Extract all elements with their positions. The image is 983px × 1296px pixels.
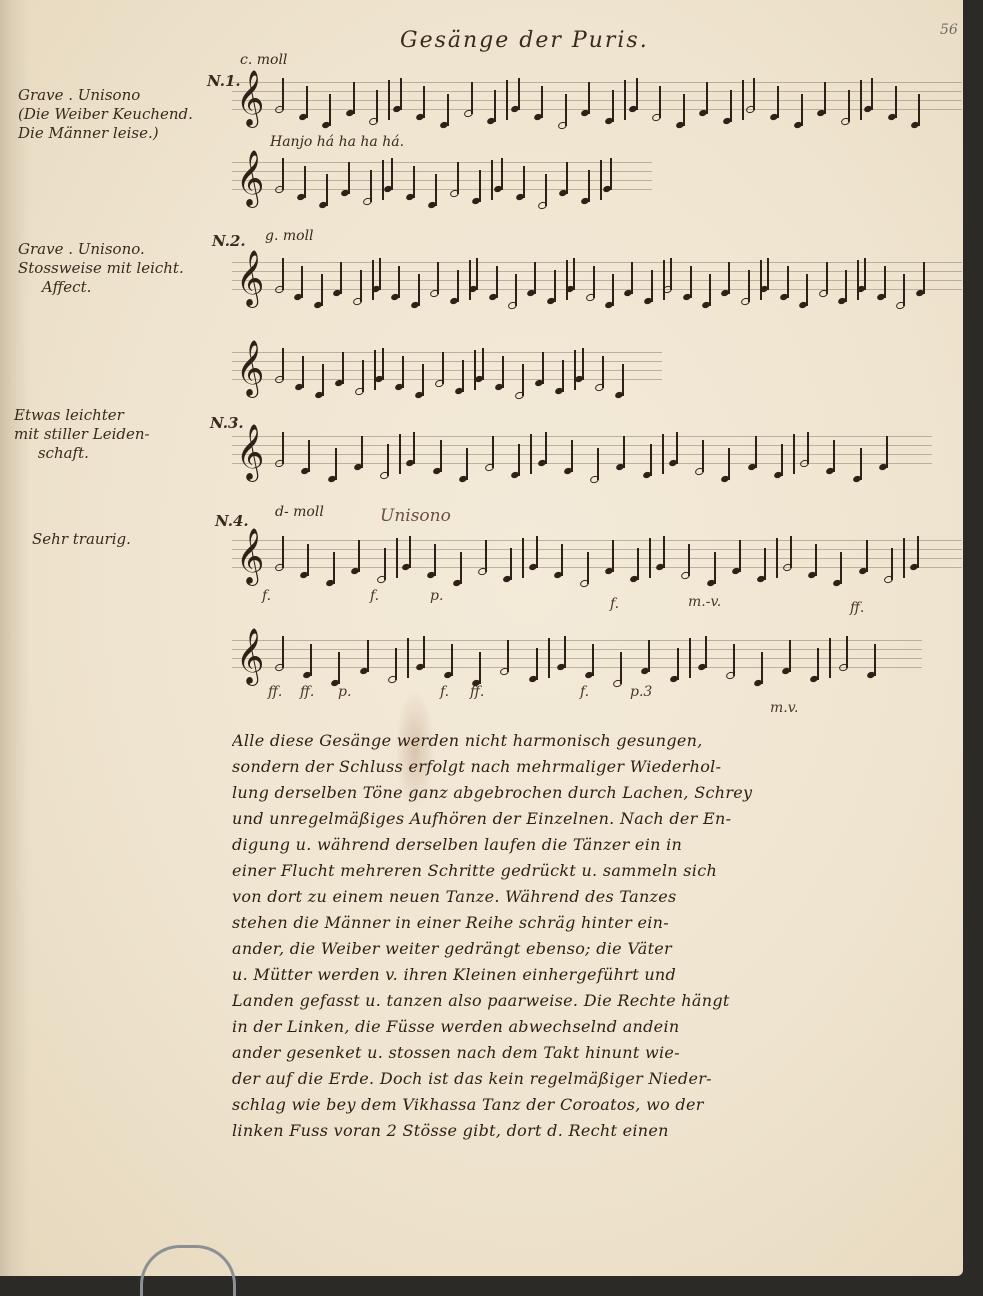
- note-stem: [457, 270, 459, 302]
- note-head: [293, 293, 303, 301]
- note-stem: [866, 540, 868, 572]
- dynamic-mark: ff.: [850, 600, 864, 616]
- note-head: [580, 197, 590, 205]
- bar-line: [689, 638, 691, 678]
- bar-line: [776, 538, 778, 578]
- dynamic-mark: m.-v.: [688, 594, 721, 610]
- note-head: [368, 117, 379, 127]
- prose-line: digung u. während derselben laufen die T…: [232, 832, 972, 858]
- note-head: [798, 301, 808, 309]
- tempo-annotation-3: Etwas leichter mit stiller Leiden- schaf…: [14, 406, 150, 463]
- note-head: [390, 293, 400, 301]
- note-head: [443, 671, 453, 679]
- note-stem: [479, 652, 481, 684]
- note-stem: [518, 78, 520, 110]
- note-head: [720, 475, 730, 483]
- note-head: [510, 471, 520, 479]
- dynamic-mark: m.v.: [770, 700, 798, 716]
- dynamic-mark: p.3: [630, 684, 652, 700]
- note-stem: [767, 258, 769, 290]
- lyrics-1: Hanjo há ha ha há.: [270, 134, 404, 150]
- note-stem: [709, 274, 711, 306]
- note-head: [604, 301, 614, 309]
- note-stem: [542, 352, 544, 384]
- staff-1a: [232, 82, 962, 118]
- note-stem: [326, 174, 328, 206]
- note-head: [910, 121, 920, 129]
- prose-line: ander gesenket u. stossen nach dem Takt …: [232, 1040, 972, 1066]
- bar-line: [382, 160, 384, 200]
- note-stem: [918, 94, 920, 126]
- bar-line: [469, 260, 471, 300]
- bar-line: [522, 538, 524, 578]
- prose-line: einer Flucht mehreren Schritte gedrückt …: [232, 858, 972, 884]
- prose-line: linken Fuss voran 2 Stösse gibt, dort d.…: [232, 1118, 972, 1144]
- note-stem: [545, 432, 547, 464]
- note-head: [354, 387, 365, 397]
- key-signature-2: g. moll: [265, 228, 314, 244]
- note-head: [553, 571, 563, 579]
- note-stem: [329, 94, 331, 126]
- note-head: [410, 301, 420, 309]
- manuscript-page: Gesänge der Puris. 56 Grave . Unisono (D…: [0, 0, 963, 1276]
- note-stem: [706, 82, 708, 114]
- bar-line: [574, 350, 576, 390]
- bar-line: [742, 80, 744, 120]
- bar-line: [396, 538, 398, 578]
- staff-4a: [232, 540, 962, 576]
- note-head: [612, 679, 623, 689]
- note-stem: [561, 544, 563, 576]
- note-stem: [781, 444, 783, 476]
- dynamic-mark: f.: [262, 588, 271, 604]
- note-stem: [860, 448, 862, 480]
- note-stem: [333, 552, 335, 584]
- prose-line: stehen die Männer in einer Reihe schräg …: [232, 910, 972, 936]
- note-head: [629, 575, 639, 583]
- note-stem: [335, 448, 337, 480]
- note-stem: [651, 270, 653, 302]
- note-stem: [304, 166, 306, 198]
- note-stem: [631, 262, 633, 294]
- note-stem: [761, 652, 763, 684]
- note-stem: [379, 258, 381, 290]
- note-stem: [817, 648, 819, 680]
- note-head: [585, 293, 596, 303]
- note-head: [701, 301, 711, 309]
- note-stem: [476, 258, 478, 290]
- bar-line: [600, 160, 602, 200]
- note-head: [298, 113, 308, 121]
- binding-gutter: [0, 0, 30, 1276]
- treble-clef-icon: 𝄞: [236, 254, 264, 302]
- prose-line: in der Linken, die Füsse werden abwechse…: [232, 1014, 972, 1040]
- note-head: [414, 391, 424, 399]
- note-stem: [460, 552, 462, 584]
- bar-line: [474, 350, 476, 390]
- dynamic-mark: f.: [370, 588, 379, 604]
- note-head: [793, 121, 803, 129]
- note-stem: [612, 540, 614, 572]
- note-head: [779, 293, 789, 301]
- note-stem: [728, 448, 730, 480]
- note-head: [852, 475, 862, 483]
- note-stem: [321, 274, 323, 306]
- piece-number-2: N.2.: [212, 232, 246, 250]
- note-stem: [789, 640, 791, 672]
- note-head: [352, 297, 363, 307]
- note-head: [533, 113, 543, 121]
- note-head: [837, 297, 847, 305]
- note-stem: [845, 270, 847, 302]
- note-head: [680, 571, 691, 581]
- note-stem: [534, 262, 536, 294]
- note-stem: [582, 348, 584, 380]
- treble-clef-icon: 𝄞: [236, 74, 264, 122]
- note-stem: [447, 94, 449, 126]
- note-head: [452, 579, 462, 587]
- note-head: [722, 117, 732, 125]
- note-stem: [566, 162, 568, 194]
- note-stem: [348, 162, 350, 194]
- note-stem: [637, 548, 639, 580]
- note-head: [579, 579, 590, 589]
- note-stem: [917, 536, 919, 568]
- note-head: [651, 113, 662, 123]
- note-head: [840, 117, 851, 127]
- bar-line: [857, 260, 859, 300]
- note-head: [427, 201, 437, 209]
- dynamic-mark: p.: [430, 588, 443, 604]
- note-head: [471, 197, 481, 205]
- note-stem: [501, 158, 503, 190]
- prose-line: und unregelmäßiges Aufhören der Einzelne…: [232, 806, 972, 832]
- note-stem: [562, 360, 564, 392]
- dynamic-mark: ff.: [268, 684, 282, 700]
- note-stem: [494, 90, 496, 122]
- note-stem: [462, 360, 464, 392]
- note-stem: [886, 436, 888, 468]
- note-head: [769, 113, 779, 121]
- note-stem: [301, 266, 303, 298]
- note-head: [379, 471, 390, 481]
- note-head: [682, 293, 692, 301]
- note-stem: [755, 436, 757, 468]
- note-stem: [358, 540, 360, 572]
- note-stem: [536, 536, 538, 568]
- note-stem: [676, 432, 678, 464]
- note-head: [488, 293, 498, 301]
- note-head: [507, 301, 518, 311]
- prose-line: Alle diese Gesänge werden nicht harmonis…: [232, 728, 972, 754]
- bar-line: [374, 350, 376, 390]
- bar-line: [662, 434, 664, 474]
- note-stem: [564, 636, 566, 668]
- note-stem: [340, 262, 342, 294]
- note-head: [740, 297, 751, 307]
- note-stem: [536, 648, 538, 680]
- unisono-mark: Unisono: [380, 506, 451, 526]
- note-stem: [650, 444, 652, 476]
- prose-text: Alle diese Gesänge werden nicht harmonis…: [232, 728, 972, 1144]
- note-head: [362, 197, 373, 207]
- note-stem: [612, 274, 614, 306]
- bar-line: [491, 160, 493, 200]
- note-stem: [714, 552, 716, 584]
- note-stem: [402, 356, 404, 388]
- treble-clef-icon: 𝄞: [236, 428, 264, 476]
- note-stem: [413, 432, 415, 464]
- note-stem: [518, 444, 520, 476]
- note-head: [809, 675, 819, 683]
- note-head: [554, 387, 564, 395]
- note-head: [528, 675, 538, 683]
- note-head: [458, 475, 468, 483]
- note-stem: [398, 266, 400, 298]
- note-stem: [306, 86, 308, 118]
- treble-clef-icon: 𝄞: [236, 532, 264, 580]
- note-stem: [466, 448, 468, 480]
- bar-line: [407, 638, 409, 678]
- note-stem: [342, 352, 344, 384]
- note-head: [557, 121, 568, 131]
- note-stem: [592, 644, 594, 676]
- note-head: [669, 675, 679, 683]
- note-stem: [502, 356, 504, 388]
- tempo-annotation-1: Grave . Unisono (Die Weiber Keuchend. Di…: [18, 86, 193, 143]
- dynamic-mark: p.: [338, 684, 351, 700]
- note-head: [614, 391, 624, 399]
- note-head: [296, 193, 306, 201]
- dynamic-mark: f.: [610, 596, 619, 612]
- note-stem: [571, 440, 573, 472]
- note-stem: [434, 544, 436, 576]
- note-stem: [308, 440, 310, 472]
- note-head: [756, 575, 766, 583]
- note-head: [832, 579, 842, 587]
- note-head: [694, 467, 705, 477]
- note-head: [537, 201, 548, 211]
- note-stem: [840, 552, 842, 584]
- note-head: [725, 671, 736, 681]
- note-head: [394, 383, 404, 391]
- note-stem: [895, 86, 897, 118]
- note-stem: [413, 166, 415, 198]
- note-head: [313, 301, 323, 309]
- note-stem: [764, 548, 766, 580]
- note-head: [426, 571, 436, 579]
- prose-line: der auf die Erde. Doch ist das kein rege…: [232, 1066, 972, 1092]
- dynamic-mark: ff.: [470, 684, 484, 700]
- note-head: [300, 467, 310, 475]
- note-stem: [636, 78, 638, 110]
- note-stem: [588, 170, 590, 202]
- bar-line: [649, 538, 651, 578]
- note-head: [883, 575, 894, 585]
- page-title: Gesänge der Puris.: [400, 28, 649, 53]
- note-head: [314, 391, 324, 399]
- bar-line: [566, 260, 568, 300]
- note-stem: [409, 536, 411, 568]
- note-stem: [423, 636, 425, 668]
- note-head: [325, 579, 335, 587]
- note-head: [642, 471, 652, 479]
- note-stem: [382, 348, 384, 380]
- note-stem: [728, 262, 730, 294]
- note-stem: [623, 436, 625, 468]
- bar-line: [793, 434, 795, 474]
- note-stem: [801, 94, 803, 126]
- bar-line: [530, 434, 532, 474]
- note-head: [604, 117, 614, 125]
- note-stem: [573, 258, 575, 290]
- note-head: [895, 301, 906, 311]
- bar-line: [760, 260, 762, 300]
- prose-line: von dort zu einem neuen Tanze. Während d…: [232, 884, 972, 910]
- note-head: [584, 671, 594, 679]
- note-head: [502, 575, 512, 583]
- note-stem: [353, 82, 355, 114]
- bar-line: [903, 538, 905, 578]
- note-head: [807, 571, 817, 579]
- note-head: [439, 121, 449, 129]
- note-stem: [418, 274, 420, 306]
- note-stem: [815, 544, 817, 576]
- note-stem: [482, 348, 484, 380]
- note-stem: [302, 356, 304, 388]
- note-stem: [690, 266, 692, 298]
- bar-line: [506, 80, 508, 120]
- key-signature-4: d- moll: [275, 504, 324, 520]
- prose-line: lung derselben Töne ganz abgebrochen dur…: [232, 780, 972, 806]
- bar-line: [860, 80, 862, 120]
- note-stem: [824, 82, 826, 114]
- note-head: [773, 471, 783, 479]
- note-stem: [806, 274, 808, 306]
- note-stem: [777, 86, 779, 118]
- bar-line: [548, 638, 550, 678]
- note-stem: [612, 90, 614, 122]
- bar-line: [399, 434, 401, 474]
- note-stem: [307, 544, 309, 576]
- page-number: 56: [940, 22, 958, 38]
- dynamic-mark: f.: [440, 684, 449, 700]
- note-head: [327, 475, 337, 483]
- note-head: [643, 297, 653, 305]
- note-head: [486, 117, 496, 125]
- note-stem: [610, 158, 612, 190]
- note-head: [321, 121, 331, 129]
- note-stem: [739, 540, 741, 572]
- note-head: [675, 121, 685, 129]
- note-stem: [361, 436, 363, 468]
- note-stem: [523, 166, 525, 198]
- note-stem: [871, 78, 873, 110]
- note-stem: [923, 262, 925, 294]
- bar-line: [388, 80, 390, 120]
- note-head: [454, 387, 464, 395]
- note-stem: [423, 86, 425, 118]
- bar-line: [663, 260, 665, 300]
- note-head: [432, 467, 442, 475]
- note-stem: [391, 158, 393, 190]
- note-stem: [787, 266, 789, 298]
- note-stem: [648, 640, 650, 672]
- note-head: [706, 579, 716, 587]
- note-stem: [874, 644, 876, 676]
- note-stem: [496, 266, 498, 298]
- note-head: [594, 383, 605, 393]
- prose-line: Landen gefasst u. tanzen also paarweise.…: [232, 988, 972, 1014]
- bar-line: [624, 80, 626, 120]
- treble-clef-icon: 𝄞: [236, 154, 264, 202]
- note-stem: [730, 90, 732, 122]
- note-stem: [864, 258, 866, 290]
- tempo-annotation-2: Grave . Unisono. Stossweise mit leicht. …: [18, 240, 184, 297]
- prose-line: sondern der Schluss erfolgt nach mehrmal…: [232, 754, 972, 780]
- note-stem: [541, 86, 543, 118]
- note-stem: [677, 648, 679, 680]
- dynamic-mark: ff.: [300, 684, 314, 700]
- note-stem: [884, 266, 886, 298]
- note-head: [299, 571, 309, 579]
- prose-line: schlag wie bey dem Vikhassa Tanz der Cor…: [232, 1092, 972, 1118]
- bar-line: [829, 638, 831, 678]
- note-head: [415, 113, 425, 121]
- prose-line: u. Mütter werden v. ihren Kleinen einher…: [232, 962, 972, 988]
- note-stem: [510, 548, 512, 580]
- note-head: [825, 467, 835, 475]
- note-head: [318, 201, 328, 209]
- note-stem: [400, 78, 402, 110]
- note-head: [887, 113, 897, 121]
- note-head: [546, 297, 556, 305]
- note-stem: [367, 640, 369, 672]
- note-head: [494, 383, 504, 391]
- note-head: [563, 467, 573, 475]
- note-stem: [479, 170, 481, 202]
- note-stem: [310, 644, 312, 676]
- note-stem: [451, 644, 453, 676]
- note-head: [589, 475, 600, 485]
- note-head: [376, 575, 387, 585]
- note-stem: [440, 440, 442, 472]
- tempo-annotation-4: Sehr traurig.: [32, 530, 131, 549]
- note-stem: [663, 536, 665, 568]
- note-head: [753, 679, 763, 687]
- note-stem: [622, 364, 624, 396]
- note-stem: [338, 652, 340, 684]
- note-head: [387, 675, 398, 685]
- note-head: [515, 193, 525, 201]
- bar-line: [372, 260, 374, 300]
- note-stem: [588, 82, 590, 114]
- staff-2b: [232, 352, 662, 388]
- treble-clef-icon: 𝄞: [236, 344, 264, 392]
- note-head: [294, 383, 304, 391]
- note-stem: [833, 440, 835, 472]
- note-stem: [322, 364, 324, 396]
- note-stem: [422, 364, 424, 396]
- note-stem: [435, 174, 437, 206]
- note-head: [449, 297, 459, 305]
- note-head: [514, 391, 525, 401]
- prose-line: ander, die Weiber weiter gedrängt ebenso…: [232, 936, 972, 962]
- note-head: [876, 293, 886, 301]
- note-head: [405, 193, 415, 201]
- note-stem: [554, 270, 556, 302]
- note-head: [866, 671, 876, 679]
